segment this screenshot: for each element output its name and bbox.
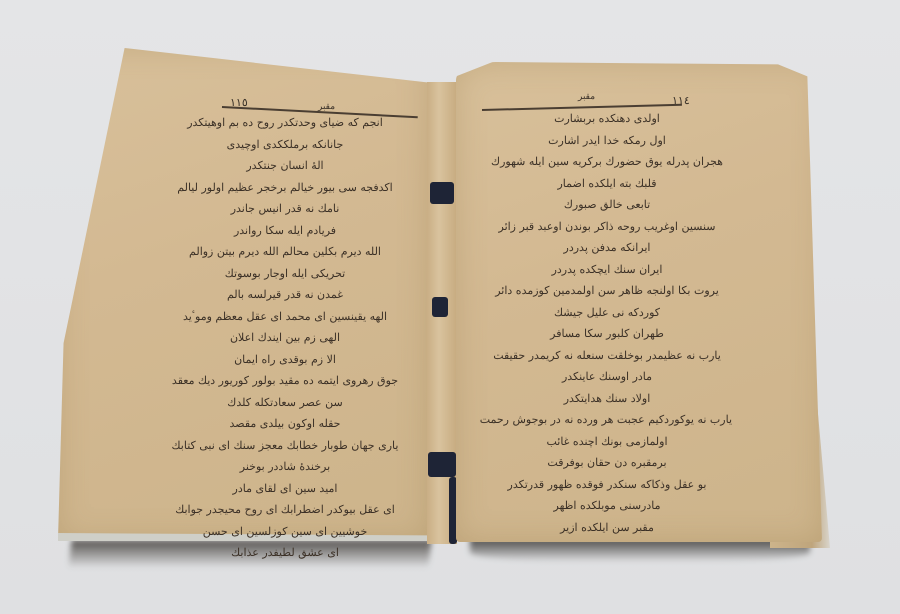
text-line: الا زم بوقدى راه ايمان	[150, 349, 420, 371]
text-line: يارب نه عظيمدر بوخلقت سنعله نه كريمدر حق…	[482, 345, 732, 367]
spine-tear	[432, 297, 448, 317]
right-page-text: اولدى دهنكده بربشارت اول رمكه خدا ايدر ا…	[482, 108, 732, 538]
text-line: ايران سنك ايچكده پدردر	[482, 259, 732, 281]
text-line: الهى زم بين ايندك اعلان	[150, 327, 420, 349]
text-line: اول رمكه خدا ايدر اشارت	[482, 130, 732, 152]
text-line: يروت بكا اولنجه ظاهر سن اولمدمين كوزمده …	[482, 280, 732, 302]
text-line: غمدن نه قدر قيرلسه بالم	[150, 284, 420, 306]
text-line: هجران پدرله يوق حضورك بركريه سين ايله شه…	[482, 151, 732, 173]
text-line: الهه يقينسين اى محمد اى عقل معظم وموٴيد	[150, 306, 420, 328]
right-running-head: مقبر	[578, 92, 595, 102]
text-line: برخندهٔ شاددر بوخنر	[150, 456, 420, 478]
spine-tear	[430, 182, 454, 204]
text-line: الله ديرم بكلين محالم الله ديرم بيتن زوا…	[150, 241, 420, 263]
text-line: جوق رهروى ايتمه ده مقيد بولور كوريور ديك…	[150, 370, 420, 392]
text-line: تحريكى ايله اوجار بوسوتك	[150, 263, 420, 285]
text-line: اكدفجه سى بيور خيالم برخجر عظيم اولور لي…	[150, 177, 420, 199]
text-line: يارى جهان طوبار خطابك معجز سنك اى نبى كت…	[150, 435, 420, 457]
text-line: ايرانكه مدفن پدردر	[482, 237, 732, 259]
text-line: انجم كه ضياى وحدتكدر روح ده بم اوهيتكدر	[150, 112, 420, 134]
text-line: مادر اوسنك عاينكدر	[482, 366, 732, 388]
text-line: مقبر سن ايلكده ازير	[482, 517, 732, 539]
text-line: تابعى خالق صبورك	[482, 194, 732, 216]
text-line: برمقبره دن حقان بوفرقت	[482, 452, 732, 474]
text-line: اولمازمى بونك اچنده غائب	[482, 431, 732, 453]
book-spine	[427, 82, 457, 544]
left-page-text: انجم كه ضياى وحدتكدر روح ده بم اوهيتكدر …	[150, 112, 420, 564]
text-line: طهران كلبور سكا مسافر	[482, 323, 732, 345]
spine-tear	[449, 477, 457, 544]
text-line: بو عقل وذكاكه سنكدر فوقده ظهور قدرتكدر	[482, 474, 732, 496]
spine-tear	[428, 452, 456, 477]
text-line: فريادم ايله سكا رواندر	[150, 220, 420, 242]
text-line: سن عصر سعادتكله كلدك	[150, 392, 420, 414]
text-line: اى عشق لطيفدر عذابك	[150, 542, 420, 564]
text-line: مادرسنى موبلكده اظهر	[482, 495, 732, 517]
text-line: اولاد سنك هدايتكدر	[482, 388, 732, 410]
text-line: اولدى دهنكده بربشارت	[482, 108, 732, 130]
text-line: خوشيين اى سين كوزلسين اى حسن	[150, 521, 420, 543]
text-line: الهٔ انسان جنتكدر	[150, 155, 420, 177]
text-line: حقله اوكون بيلدى مقصد	[150, 413, 420, 435]
text-line: جانانكه برملككدى اوچيدى	[150, 134, 420, 156]
text-line: اميد سين اى لقاى مادر	[150, 478, 420, 500]
text-line: سنسين اوغريب روحه ذاكر بوندن اوعبد قبر ز…	[482, 216, 732, 238]
text-line: كوردكه نى عليل جيشك	[482, 302, 732, 324]
text-line: نامك نه قدر انيس جاندر	[150, 198, 420, 220]
text-line: اى عقل بيوكدر اضطرابك اى روح محيجدر جواب…	[150, 499, 420, 521]
text-line: قلبك بته ايلكده اضمار	[482, 173, 732, 195]
text-line: يارب نه يوكوردكيم عجبت هر ورده نه در بوج…	[482, 409, 732, 431]
